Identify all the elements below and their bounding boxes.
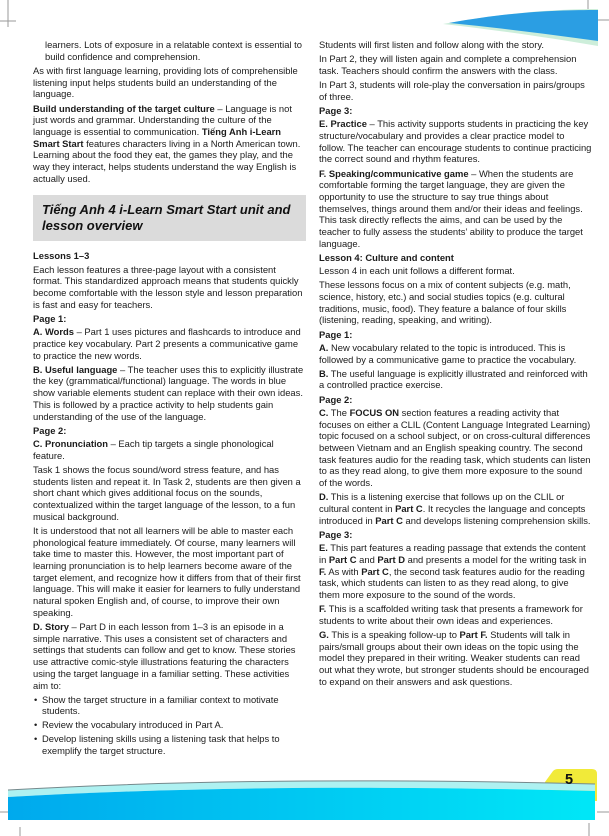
paragraph: Build understanding of the target cultur… [33,103,306,185]
bullet-item: •Review the vocabulary introduced in Par… [33,719,306,731]
paragraph: Page 1: [33,313,306,325]
paragraph: Page 3: [319,105,592,117]
left-column: learners. Lots of exposure in a relatabl… [33,39,306,758]
paragraph: Page 3: [319,529,592,541]
paragraph: F. This is a scaffolded writing task tha… [319,603,592,626]
paragraph: These lessons focus on a mix of content … [319,279,592,326]
paragraph: Students will first listen and follow al… [319,39,592,51]
paragraph: C. Pronunciation – Each tip targets a si… [33,438,306,461]
paragraph: As with first language learning, providi… [33,65,306,100]
bullet-item: •Show the target structure in a familiar… [33,694,306,717]
paragraph: Lessons 1–3 [33,250,306,262]
paragraph: G. This is a speaking follow-up to Part … [319,629,592,688]
paragraph: Page 2: [319,394,592,406]
bullet-marker: • [34,694,37,706]
paragraph: B. Useful language – The teacher uses th… [33,364,306,423]
paragraph: In Part 2, they will listen again and co… [319,53,592,76]
paragraph: F. Speaking/communicative game – When th… [319,168,592,250]
paragraph: E. This part features a reading passage … [319,542,592,601]
bullet-marker: • [34,733,37,745]
bullet-item: •Develop listening skills using a listen… [33,733,306,756]
right-column: Students will first listen and follow al… [319,39,592,690]
paragraph: Each lesson features a three-page layout… [33,264,306,311]
paragraph: D. Story – Part D in each lesson from 1–… [33,621,306,691]
paragraph: A. New vocabulary related to the topic i… [319,342,592,365]
paragraph: It is understood that not all learners w… [33,525,306,619]
paragraph: Page 2: [33,425,306,437]
bullet-marker: • [34,719,37,731]
paragraph: Task 1 shows the focus sound/word stress… [33,464,306,523]
footer-band-decoration [8,781,595,820]
paragraph: Lesson 4: Culture and content [319,252,592,264]
paragraph: Page 1: [319,329,592,341]
paragraph: E. Practice – This activity supports stu… [319,118,592,165]
paragraph: D. This is a listening exercise that fol… [319,491,592,526]
page-number: 5 [545,770,593,790]
paragraph: B. The useful language is explicitly ill… [319,368,592,391]
page: learners. Lots of exposure in a relatabl… [0,0,609,836]
paragraph: Lesson 4 in each unit follows a differen… [319,265,592,277]
paragraph: C. The FOCUS ON section features a readi… [319,407,592,489]
paragraph: learners. Lots of exposure in a relatabl… [33,39,306,62]
paragraph: A. Words – Part 1 uses pictures and flas… [33,326,306,361]
paragraph: In Part 3, students will role-play the c… [319,79,592,102]
section-heading: Tiếng Anh 4 i-Learn Smart Start unit and… [33,195,306,241]
